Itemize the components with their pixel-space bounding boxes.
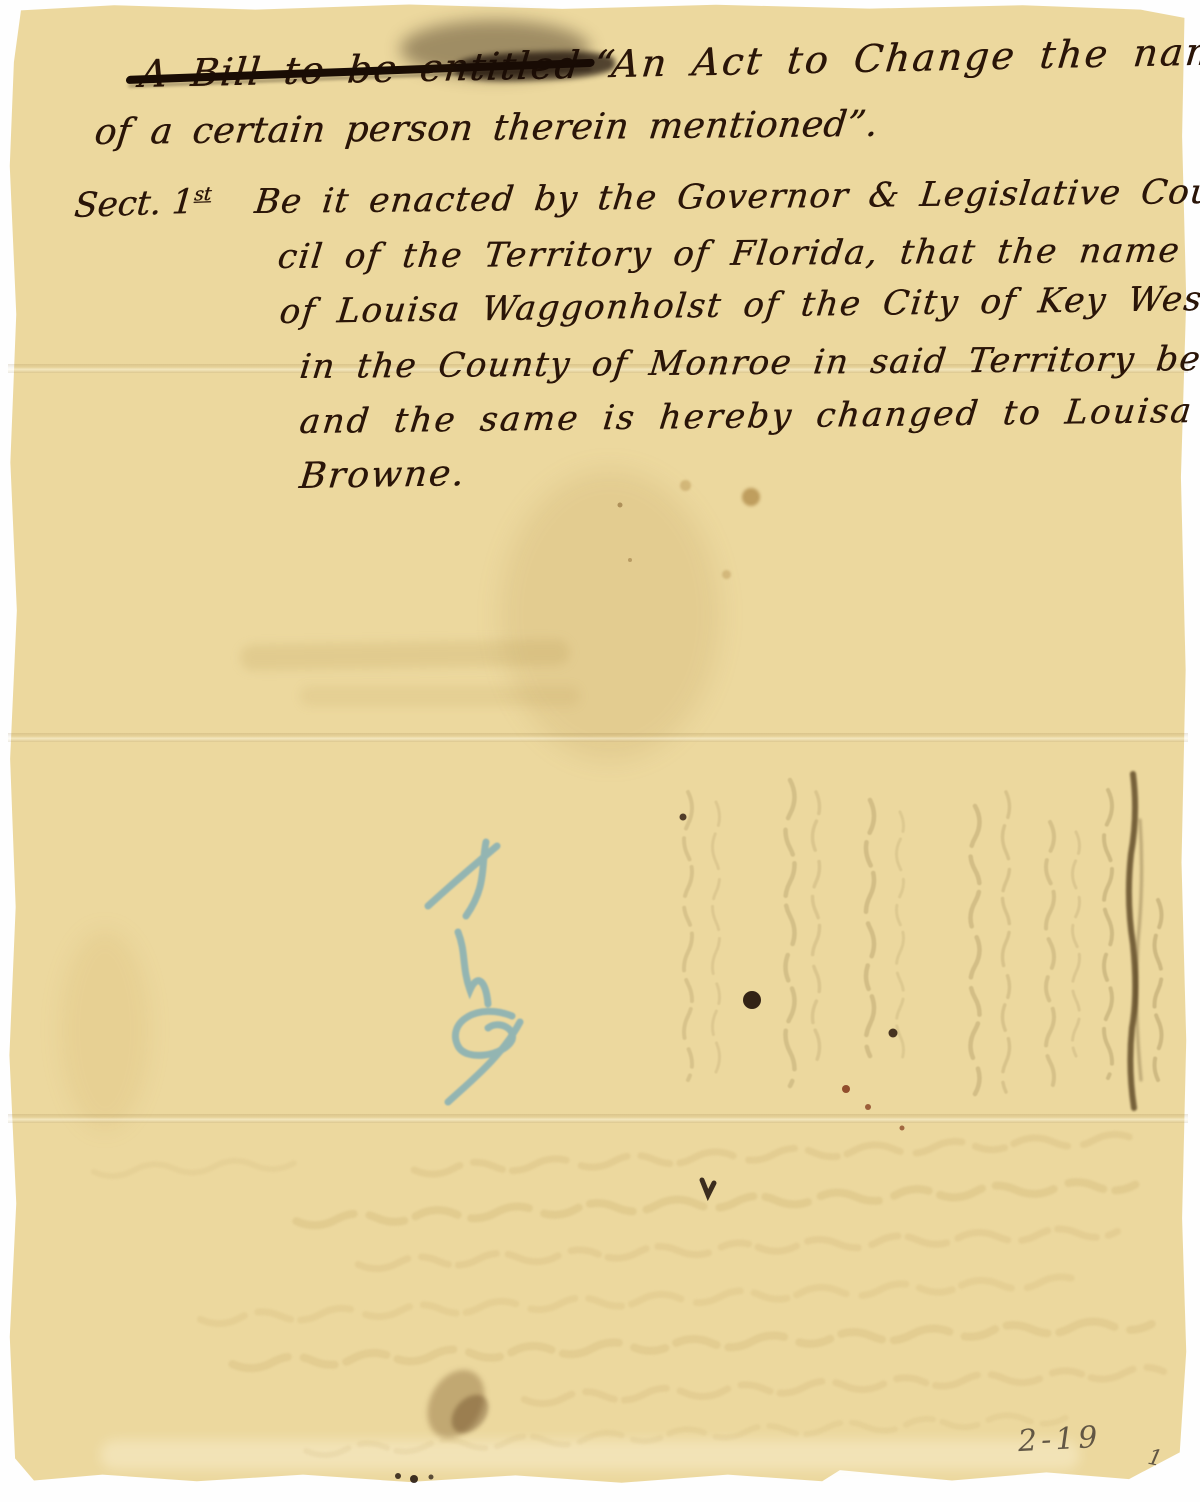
struck-bill-text: A Bill to be entitled: [137, 43, 583, 96]
scanned-manuscript-page: A Bill to be entitled“An Act to Change t…: [0, 0, 1200, 1502]
body-line-6: Browne.: [299, 453, 466, 497]
section-label: Sect. 1st: [74, 181, 212, 226]
body-line-2: cil of the Territory of Florida, that th…: [278, 231, 1181, 277]
body-line-4: in the County of Monroe in said Territor…: [300, 339, 1200, 387]
paper-sheet: [8, 3, 1188, 1485]
heading-line-2: of a certain person therein mentioned”.: [95, 104, 879, 153]
section-superscript: st: [193, 184, 212, 206]
pencil-page-number: 2-19: [1017, 1420, 1102, 1459]
